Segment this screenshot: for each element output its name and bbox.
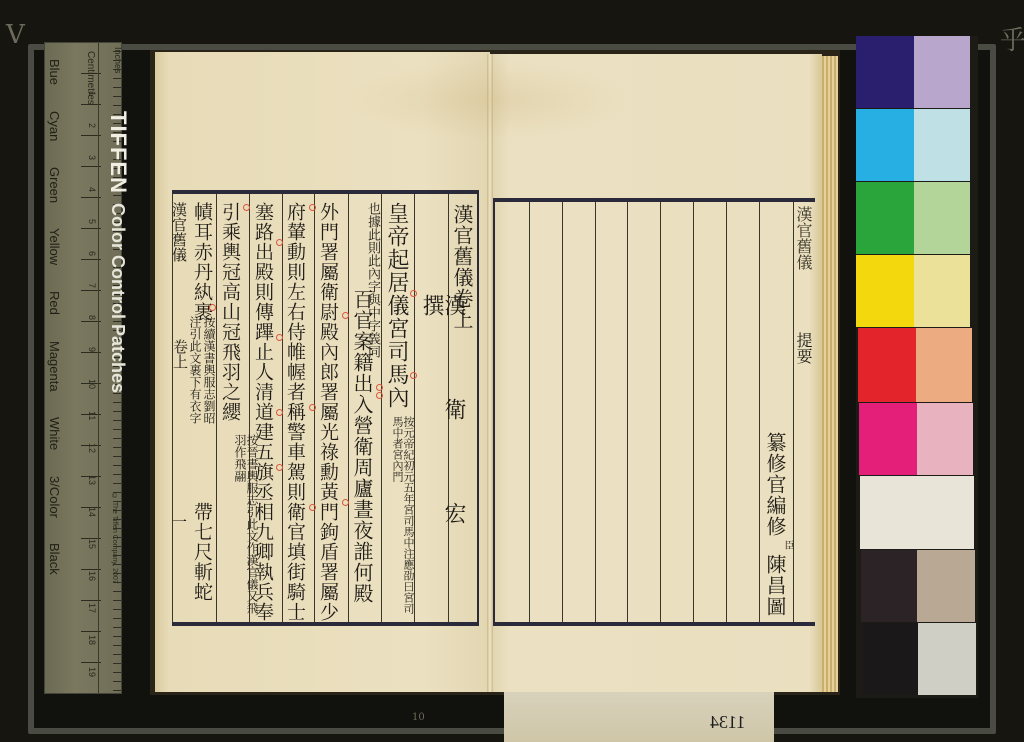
author-line: 漢 衛 宏 撰 bbox=[420, 294, 464, 622]
compiler-line: 纂修官編修 bbox=[765, 432, 785, 537]
punctuation-mark bbox=[209, 304, 216, 311]
cm-tick: 18 bbox=[87, 635, 97, 645]
punctuation-mark bbox=[410, 372, 417, 379]
patch-3color-light bbox=[917, 550, 975, 622]
column-rule bbox=[627, 202, 628, 622]
text-column-6: 引乘輿冠高山冠飛羽之纓 bbox=[220, 202, 239, 422]
punctuation-mark bbox=[376, 384, 383, 391]
water-stain bbox=[350, 60, 630, 140]
punctuation-mark bbox=[243, 204, 250, 211]
units-cm-label: Centimetres bbox=[85, 51, 96, 105]
patch-gray bbox=[918, 623, 976, 695]
punctuation-mark bbox=[309, 404, 316, 411]
page-edges bbox=[822, 56, 838, 692]
patch-black bbox=[862, 623, 918, 695]
backdrop-mark-left: V bbox=[6, 20, 25, 50]
punctuation-mark bbox=[342, 312, 349, 319]
label-yellow: Yellow bbox=[47, 228, 62, 265]
cm-tick: 5 bbox=[87, 219, 97, 224]
column-rule bbox=[529, 202, 530, 622]
color-label-list: Blue Cyan Green Yellow Red Magenta White… bbox=[47, 59, 62, 575]
column-rule bbox=[381, 194, 382, 622]
column-rule bbox=[660, 202, 661, 622]
punctuation-mark bbox=[276, 334, 283, 341]
slip-number: 1134 bbox=[710, 712, 745, 733]
label-cyan: Cyan bbox=[47, 111, 62, 141]
column-rule bbox=[726, 202, 727, 622]
punctuation-mark bbox=[309, 504, 316, 511]
product-name: Color Control Patches bbox=[107, 203, 128, 393]
patch-blue bbox=[856, 36, 914, 108]
cm-tick: 11 bbox=[87, 411, 97, 420]
units-inch-label: Inches bbox=[113, 47, 123, 74]
margin-volume: 卷上 bbox=[172, 339, 187, 369]
label-blue: Blue bbox=[47, 59, 62, 85]
column-rule bbox=[348, 194, 349, 622]
column-rule bbox=[216, 194, 217, 622]
note-column-7b: 按續漢書輿服志劉昭 bbox=[203, 316, 215, 424]
column-rule bbox=[759, 202, 760, 622]
patch-magenta bbox=[859, 403, 917, 475]
column-rule bbox=[282, 194, 283, 622]
label-green: Green bbox=[47, 167, 62, 203]
brand-logo: TIFFEN bbox=[105, 111, 131, 194]
label-3color: 3/Color bbox=[47, 476, 62, 518]
backdrop-mark-right: 乎 bbox=[1000, 20, 1024, 57]
cm-tick: 8 bbox=[87, 315, 97, 320]
cm-tick: 1 bbox=[87, 91, 97, 96]
column-rule bbox=[595, 202, 596, 622]
cm-tick: 7 bbox=[87, 283, 97, 288]
patch-magenta-light bbox=[917, 403, 973, 475]
patch-yellow bbox=[856, 255, 914, 327]
patch-red bbox=[858, 328, 916, 402]
punctuation-mark bbox=[276, 409, 283, 416]
cm-tick: 2 bbox=[87, 123, 97, 128]
margin-page-number: 一 bbox=[171, 514, 186, 529]
label-black: Black bbox=[47, 543, 62, 575]
cm-tick: 10 bbox=[87, 379, 97, 389]
color-control-chart bbox=[856, 36, 978, 698]
punctuation-mark bbox=[276, 239, 283, 246]
backdrop-mark-bottom: 10 bbox=[412, 712, 425, 723]
patch-cyan bbox=[856, 109, 914, 181]
punctuation-mark bbox=[376, 392, 383, 399]
punctuation-mark bbox=[276, 464, 283, 471]
text-column-7-tail: 帶七尺斬蛇 bbox=[192, 502, 211, 602]
text-column-3: 外門署屬衛尉殿內郎署屬光祿勳黃門鉤盾署屬少 bbox=[318, 202, 337, 622]
note-column-6a: 按晉書輿服志引此文作漢官儀又飛羽作飛翮 bbox=[234, 434, 258, 622]
patch-cyan-light bbox=[914, 109, 970, 181]
cm-tick: 17 bbox=[87, 603, 97, 613]
patch-green bbox=[856, 182, 914, 254]
cm-tick: 9 bbox=[87, 347, 97, 352]
compiler-title: 臣 bbox=[782, 540, 792, 550]
left-text-frame: 漢官舊儀 卷上 一 漢官舊儀卷上 漢 衛 宏 撰 皇帝起居儀宮司馬內 按元帝紀初… bbox=[172, 190, 479, 626]
cm-tick: 13 bbox=[87, 475, 97, 485]
cm-tick: 4 bbox=[87, 187, 97, 192]
text-column-4: 府輦動則左右侍帷幄者稱警車駕則衛官填街騎士 bbox=[285, 202, 304, 622]
cm-tick: 12 bbox=[87, 443, 97, 453]
label-red: Red bbox=[47, 291, 62, 315]
punctuation-mark bbox=[410, 290, 417, 297]
text-column-2: 百官案籍出入營衛周廬晝夜誰何殿 bbox=[352, 289, 372, 604]
margin-title: 漢官舊儀 bbox=[171, 202, 186, 262]
patch-3color-dark bbox=[861, 550, 917, 622]
text-column-7: 幘耳赤丹紈裹 bbox=[192, 202, 211, 322]
cm-tick: 3 bbox=[87, 155, 97, 160]
note-column-7a: 注引此文裹下有衣字 bbox=[189, 316, 201, 424]
text-column-1: 皇帝起居儀宮司馬內 bbox=[385, 202, 407, 409]
patch-yellow-light bbox=[914, 255, 970, 327]
label-white: White bbox=[47, 417, 62, 450]
compiler-name: 陳昌圖 bbox=[765, 554, 785, 617]
margin-title-right: 漢官舊儀 bbox=[795, 206, 811, 270]
patch-blue-light bbox=[914, 36, 970, 108]
patch-green-light bbox=[914, 182, 970, 254]
right-text-frame: 纂修官編修 臣 陳昌圖 漢官舊儀 提要 bbox=[493, 198, 815, 626]
cm-tick: 19 bbox=[87, 667, 97, 677]
label-magenta: Magenta bbox=[47, 341, 62, 392]
cm-tick: 15 bbox=[87, 539, 97, 549]
punctuation-mark bbox=[342, 499, 349, 506]
cm-tick: 16 bbox=[87, 571, 97, 581]
note-column-1a: 按元帝紀初元五年宮司馬中注應劭曰宮司馬中者宮內門 bbox=[402, 416, 414, 622]
cm-tick: 6 bbox=[87, 251, 97, 256]
cm-tick: 14 bbox=[87, 507, 97, 517]
tiffen-ruler: Blue Cyan Green Yellow Red Magenta White… bbox=[44, 42, 122, 694]
patch-red-light bbox=[916, 328, 972, 402]
punctuation-mark bbox=[309, 204, 316, 211]
column-rule bbox=[562, 202, 563, 622]
patch-white bbox=[860, 476, 974, 549]
margin-section: 提要 bbox=[795, 332, 811, 364]
column-rule bbox=[693, 202, 694, 622]
copyright: © The Tiffen Company, 2007 bbox=[111, 493, 118, 584]
